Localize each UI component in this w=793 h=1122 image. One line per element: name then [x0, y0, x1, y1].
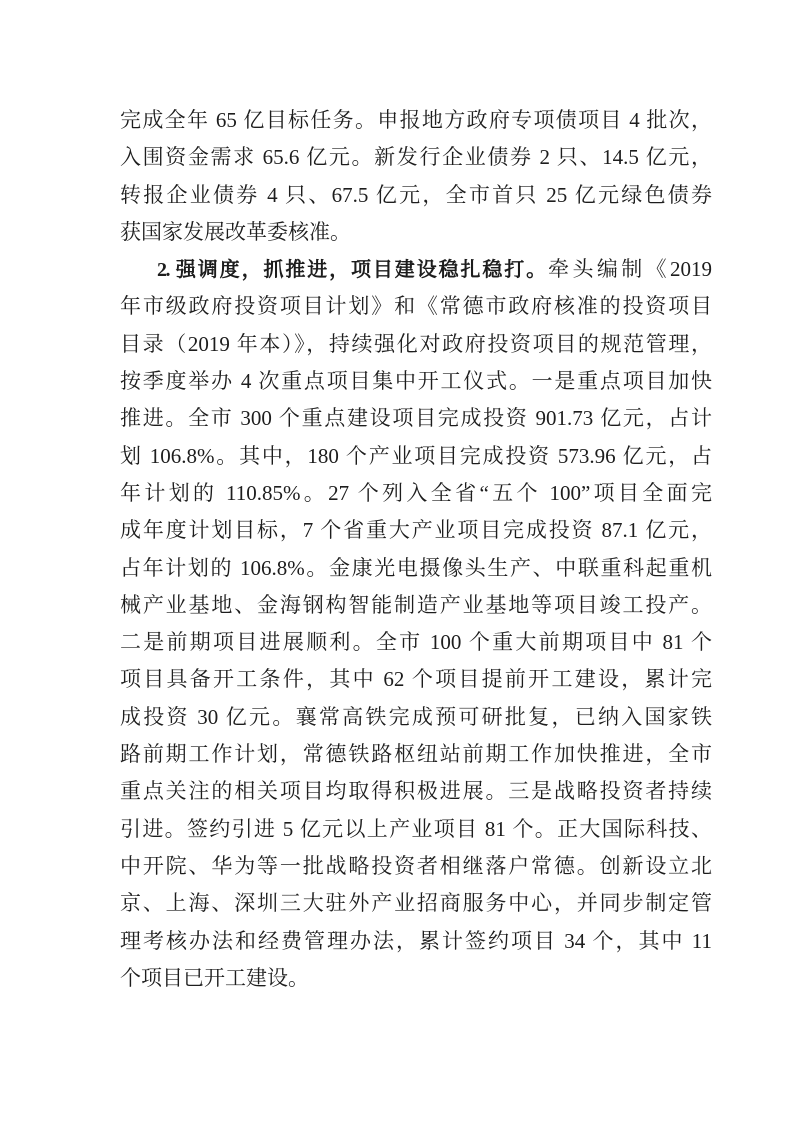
text-line: 占年计划的 106.8%。金康光电摄像头生产、中联重科起重机	[120, 550, 712, 587]
text-line: 理考核办法和经费管理办法，累计签约项目 34 个，其中 11	[120, 923, 712, 960]
text-line: 划 106.8%。其中，180 个产业项目完成投资 573.96 亿元，占	[120, 438, 712, 475]
text-line: 引进。签约引进 5 亿元以上产业项目 81 个。正大国际科技、	[120, 811, 712, 848]
text-line: 完成全年 65 亿目标任务。申报地方政府专项债项目 4 批次，	[120, 102, 712, 139]
document-page: 完成全年 65 亿目标任务。申报地方政府专项债项目 4 批次，入围资金需求 65…	[0, 0, 793, 1122]
section-heading-bold: 2. 强调度，抓推进，项目建设稳扎稳打。	[157, 259, 548, 281]
text-line: 京、上海、深圳三大驻外产业招商服务中心，并同步制定管	[120, 885, 712, 922]
text-line: 入围资金需求 65.6 亿元。新发行企业债券 2 只、14.5 亿元，	[120, 139, 712, 176]
text-line: 械产业基地、金海钢构智能制造产业基地等项目竣工投产。	[120, 587, 712, 624]
text-line: 2. 强调度，抓推进，项目建设稳扎稳打。牵头编制《2019	[120, 251, 712, 288]
text-line: 推进。全市 300 个重点建设项目完成投资 901.73 亿元，占计	[120, 400, 712, 437]
text-line: 成年度计划目标，7 个省重大产业项目完成投资 87.1 亿元，	[120, 512, 712, 549]
text-line: 路前期工作计划，常德铁路枢纽站前期工作加快推进，全市	[120, 736, 712, 773]
text-line: 获国家发展改革委核准。	[120, 214, 712, 251]
text-line: 年计划的 110.85%。27 个列入全省“五个 100”项目全面完	[120, 475, 712, 512]
text-line: 目录（2019 年本）》，持续强化对政府投资项目的规范管理，	[120, 326, 712, 363]
text-line: 项目具备开工条件，其中 62 个项目提前开工建设，累计完	[120, 661, 712, 698]
text-line: 重点关注的相关项目均取得积极进展。三是战略投资者持续	[120, 773, 712, 810]
text-line: 二是前期项目进展顺利。全市 100 个重大前期项目中 81 个	[120, 624, 712, 661]
text-line: 个项目已开工建设。	[120, 960, 712, 997]
text-line: 按季度举办 4 次重点项目集中开工仪式。一是重点项目加快	[120, 363, 712, 400]
text-line: 中开院、华为等一批战略投资者相继落户常德。创新设立北	[120, 848, 712, 885]
text-line: 年市级政府投资项目计划》和《常德市政府核准的投资项目	[120, 288, 712, 325]
text-column: 完成全年 65 亿目标任务。申报地方政府专项债项目 4 批次，入围资金需求 65…	[120, 102, 712, 997]
text-line: 转报企业债券 4 只、67.5 亿元，全市首只 25 亿元绿色债券	[120, 177, 712, 214]
text-line: 成投资 30 亿元。襄常高铁完成预可研批复，已纳入国家铁	[120, 699, 712, 736]
